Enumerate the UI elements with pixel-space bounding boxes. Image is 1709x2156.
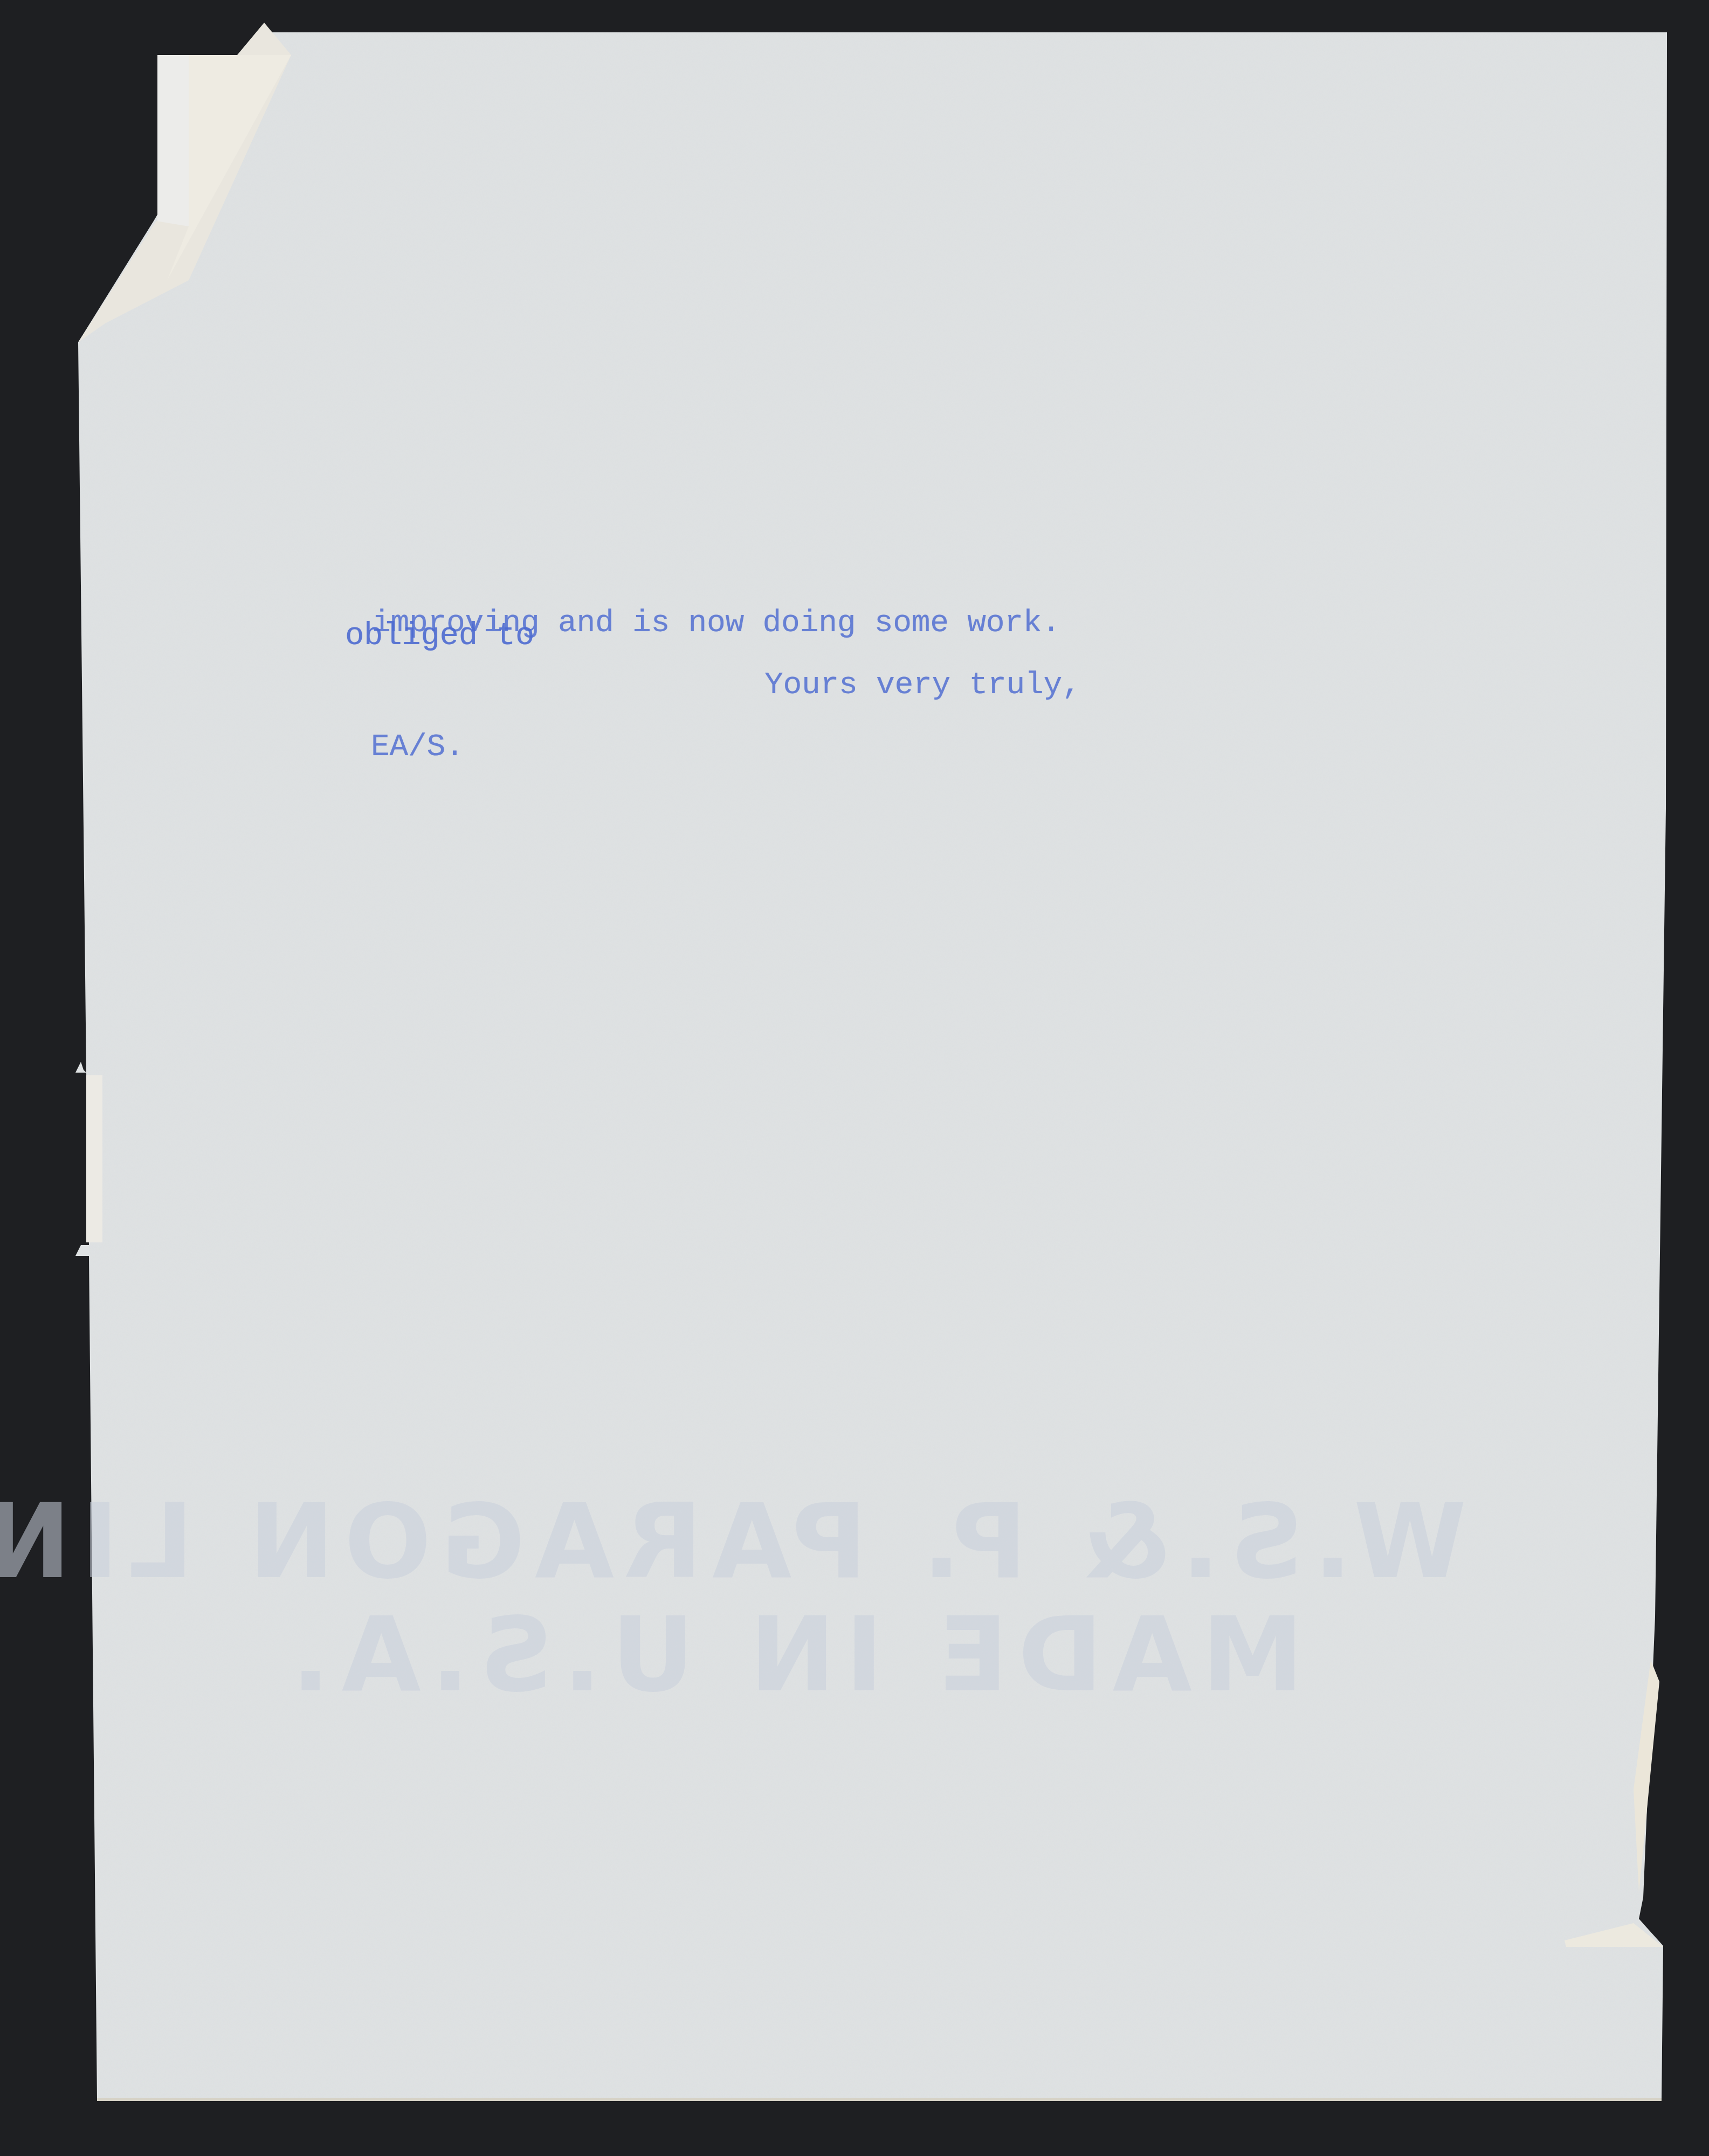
overtyped-text-line: obliged to xyxy=(345,620,534,652)
closing-salutation: Yours very truly, xyxy=(764,670,1081,701)
watermark-line-2: MADE IN U.S.A. xyxy=(119,1595,1466,1715)
watermark-line-1: W.S.& P. PARAGON LINEN xyxy=(119,1482,1466,1601)
reference-initials: EA/S. xyxy=(371,732,464,763)
edge-tear-flap xyxy=(86,1075,102,1242)
paper-sheet: W.S.& P. PARAGON LINEN MADE IN U.S.A. im… xyxy=(0,0,1709,2156)
paper-shape xyxy=(0,0,1709,2156)
